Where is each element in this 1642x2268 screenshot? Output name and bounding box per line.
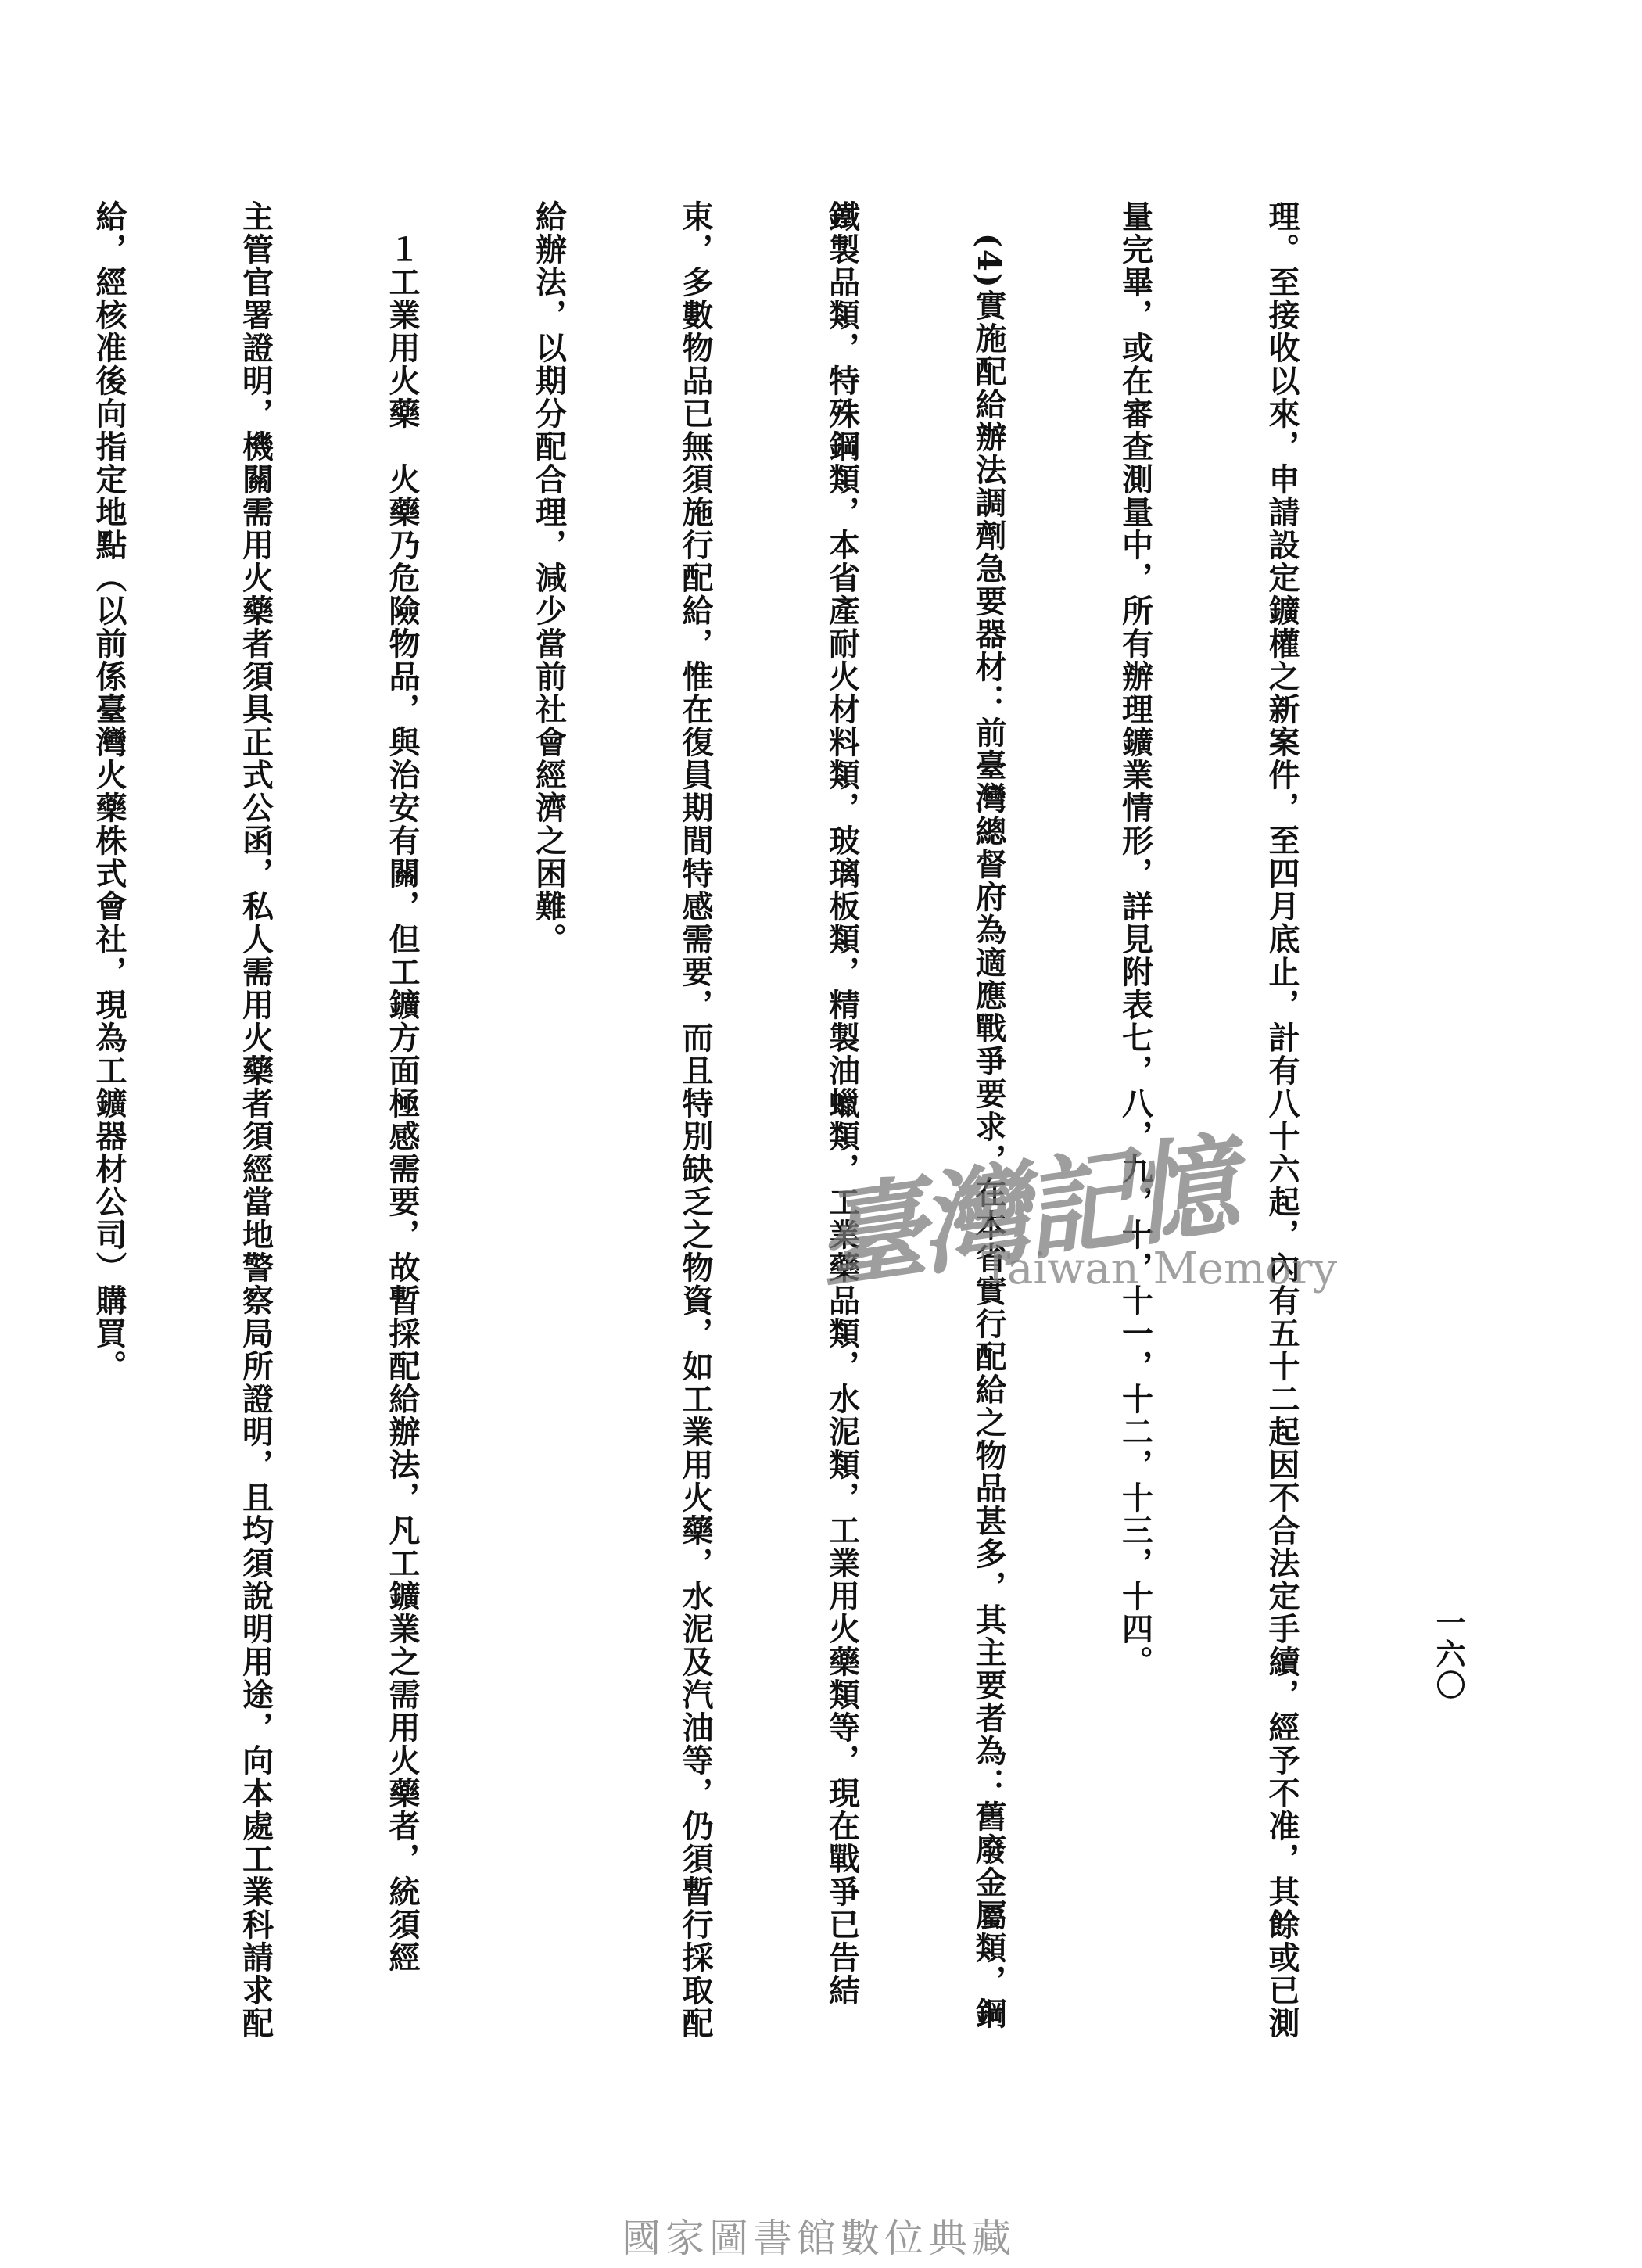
text-column: 束，多數物品已無須施行配給，惟在復員期間特感需要，而且特別缺乏之物資，如工業用火… <box>671 200 720 2030</box>
footer-archive-label: 國家圖書館數位典藏 <box>622 2207 1016 2263</box>
text-column: 主管官署證明，機關需用火藥者須具正式公函，私人需用火藥者須經當地警察局所證明，且… <box>231 200 280 2030</box>
document-page: 一六〇 理。至接收以來，申請設定鑛權之新案件，至四月底止，計有八十六起，內有五十… <box>0 0 1642 2268</box>
page-number: 一六〇 <box>1427 1607 1470 1701</box>
section-heading-4: (4)實施配給辦法調劑急要器材：前臺灣總督府為適應戰爭要求，在本省實行配給之物品… <box>964 200 1013 2030</box>
subsection-explosives: １工業用火藥 火藥乃危險物品，與治安有關，但工鑛方面極感需要，故暫採配給辦法，凡… <box>378 200 427 2030</box>
text-column: 給，經核准後向指定地點（以前係臺灣火藥株式會社，現為工鑛器材公司）購買。 <box>84 200 134 2030</box>
body-text: 理。至接收以來，申請設定鑛權之新案件，至四月底止，計有八十六起，內有五十二起因不… <box>0 200 1404 2030</box>
text-column: 理。至接收以來，申請設定鑛權之新案件，至四月底止，計有八十六起，內有五十二起因不… <box>1257 200 1307 2030</box>
text-column: 量完畢，或在審查測量中，所有辦理鑛業情形，詳見附表七，八，九，十，十一，十二，十… <box>1110 200 1160 2030</box>
text-column: 給辦法，以期分配合理，減少當前社會經濟之困難。 <box>524 200 573 2030</box>
text-column: 鐵製品類，特殊鋼類，本省產耐火材料類，玻璃板類，精製油蠟類，工業藥品類，水泥類，… <box>817 200 866 2030</box>
